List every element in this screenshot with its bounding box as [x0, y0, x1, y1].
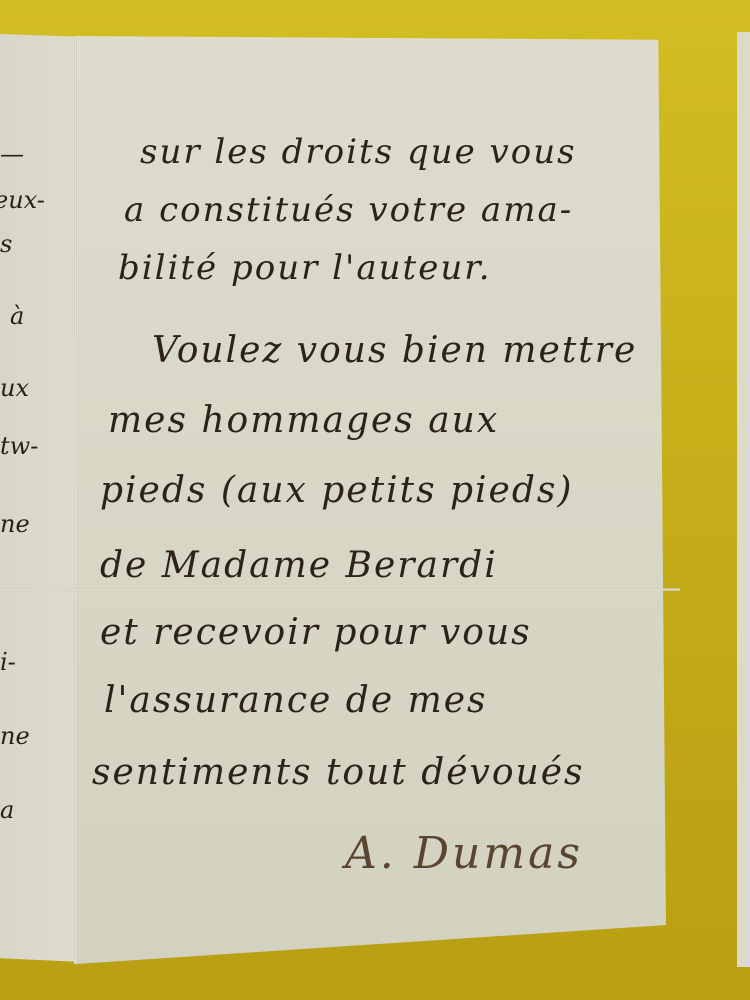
left-page-fragment: à [10, 302, 24, 330]
letter-line-10: sentiments tout dévoués [92, 752, 585, 793]
left-page-fragment: i- [0, 648, 16, 676]
left-page-fragment: a [0, 796, 14, 824]
horizontal-fold-crease [0, 588, 680, 591]
left-page-fragment: ux [0, 374, 29, 402]
letter-line-7: de Madame Berardi [100, 545, 498, 586]
photo-scene: — eux- s à ux tw- ne i- ne a sur les dro… [0, 0, 750, 1000]
letter-line-8: et recevoir pour vous [100, 612, 532, 653]
vertical-fold-crease [74, 36, 77, 964]
letter-line-2: a constitués votre ama- [124, 190, 573, 230]
left-page-fragment: eux- [0, 186, 45, 214]
letter-line-3: bilité pour l'auteur. [118, 248, 492, 288]
letter-line-1: sur les droits que vous [140, 132, 577, 172]
left-page: — eux- s à ux tw- ne i- ne a [0, 34, 82, 962]
letter-line-5: mes hommages aux [108, 400, 499, 441]
left-page-fragment: s [0, 230, 12, 258]
left-page-fragment: ne [0, 510, 30, 538]
left-page-fragment: ne [0, 722, 30, 750]
letter-line-6: pieds (aux petits pieds) [100, 470, 573, 511]
right-page-edge [737, 32, 750, 967]
signature: A. Dumas [345, 828, 583, 879]
letter-line-4: Voulez vous bien mettre [152, 330, 637, 371]
left-page-fragment: — [0, 140, 24, 168]
left-page-fragment: tw- [0, 432, 38, 460]
letter-line-9: l'assurance de mes [104, 680, 487, 721]
